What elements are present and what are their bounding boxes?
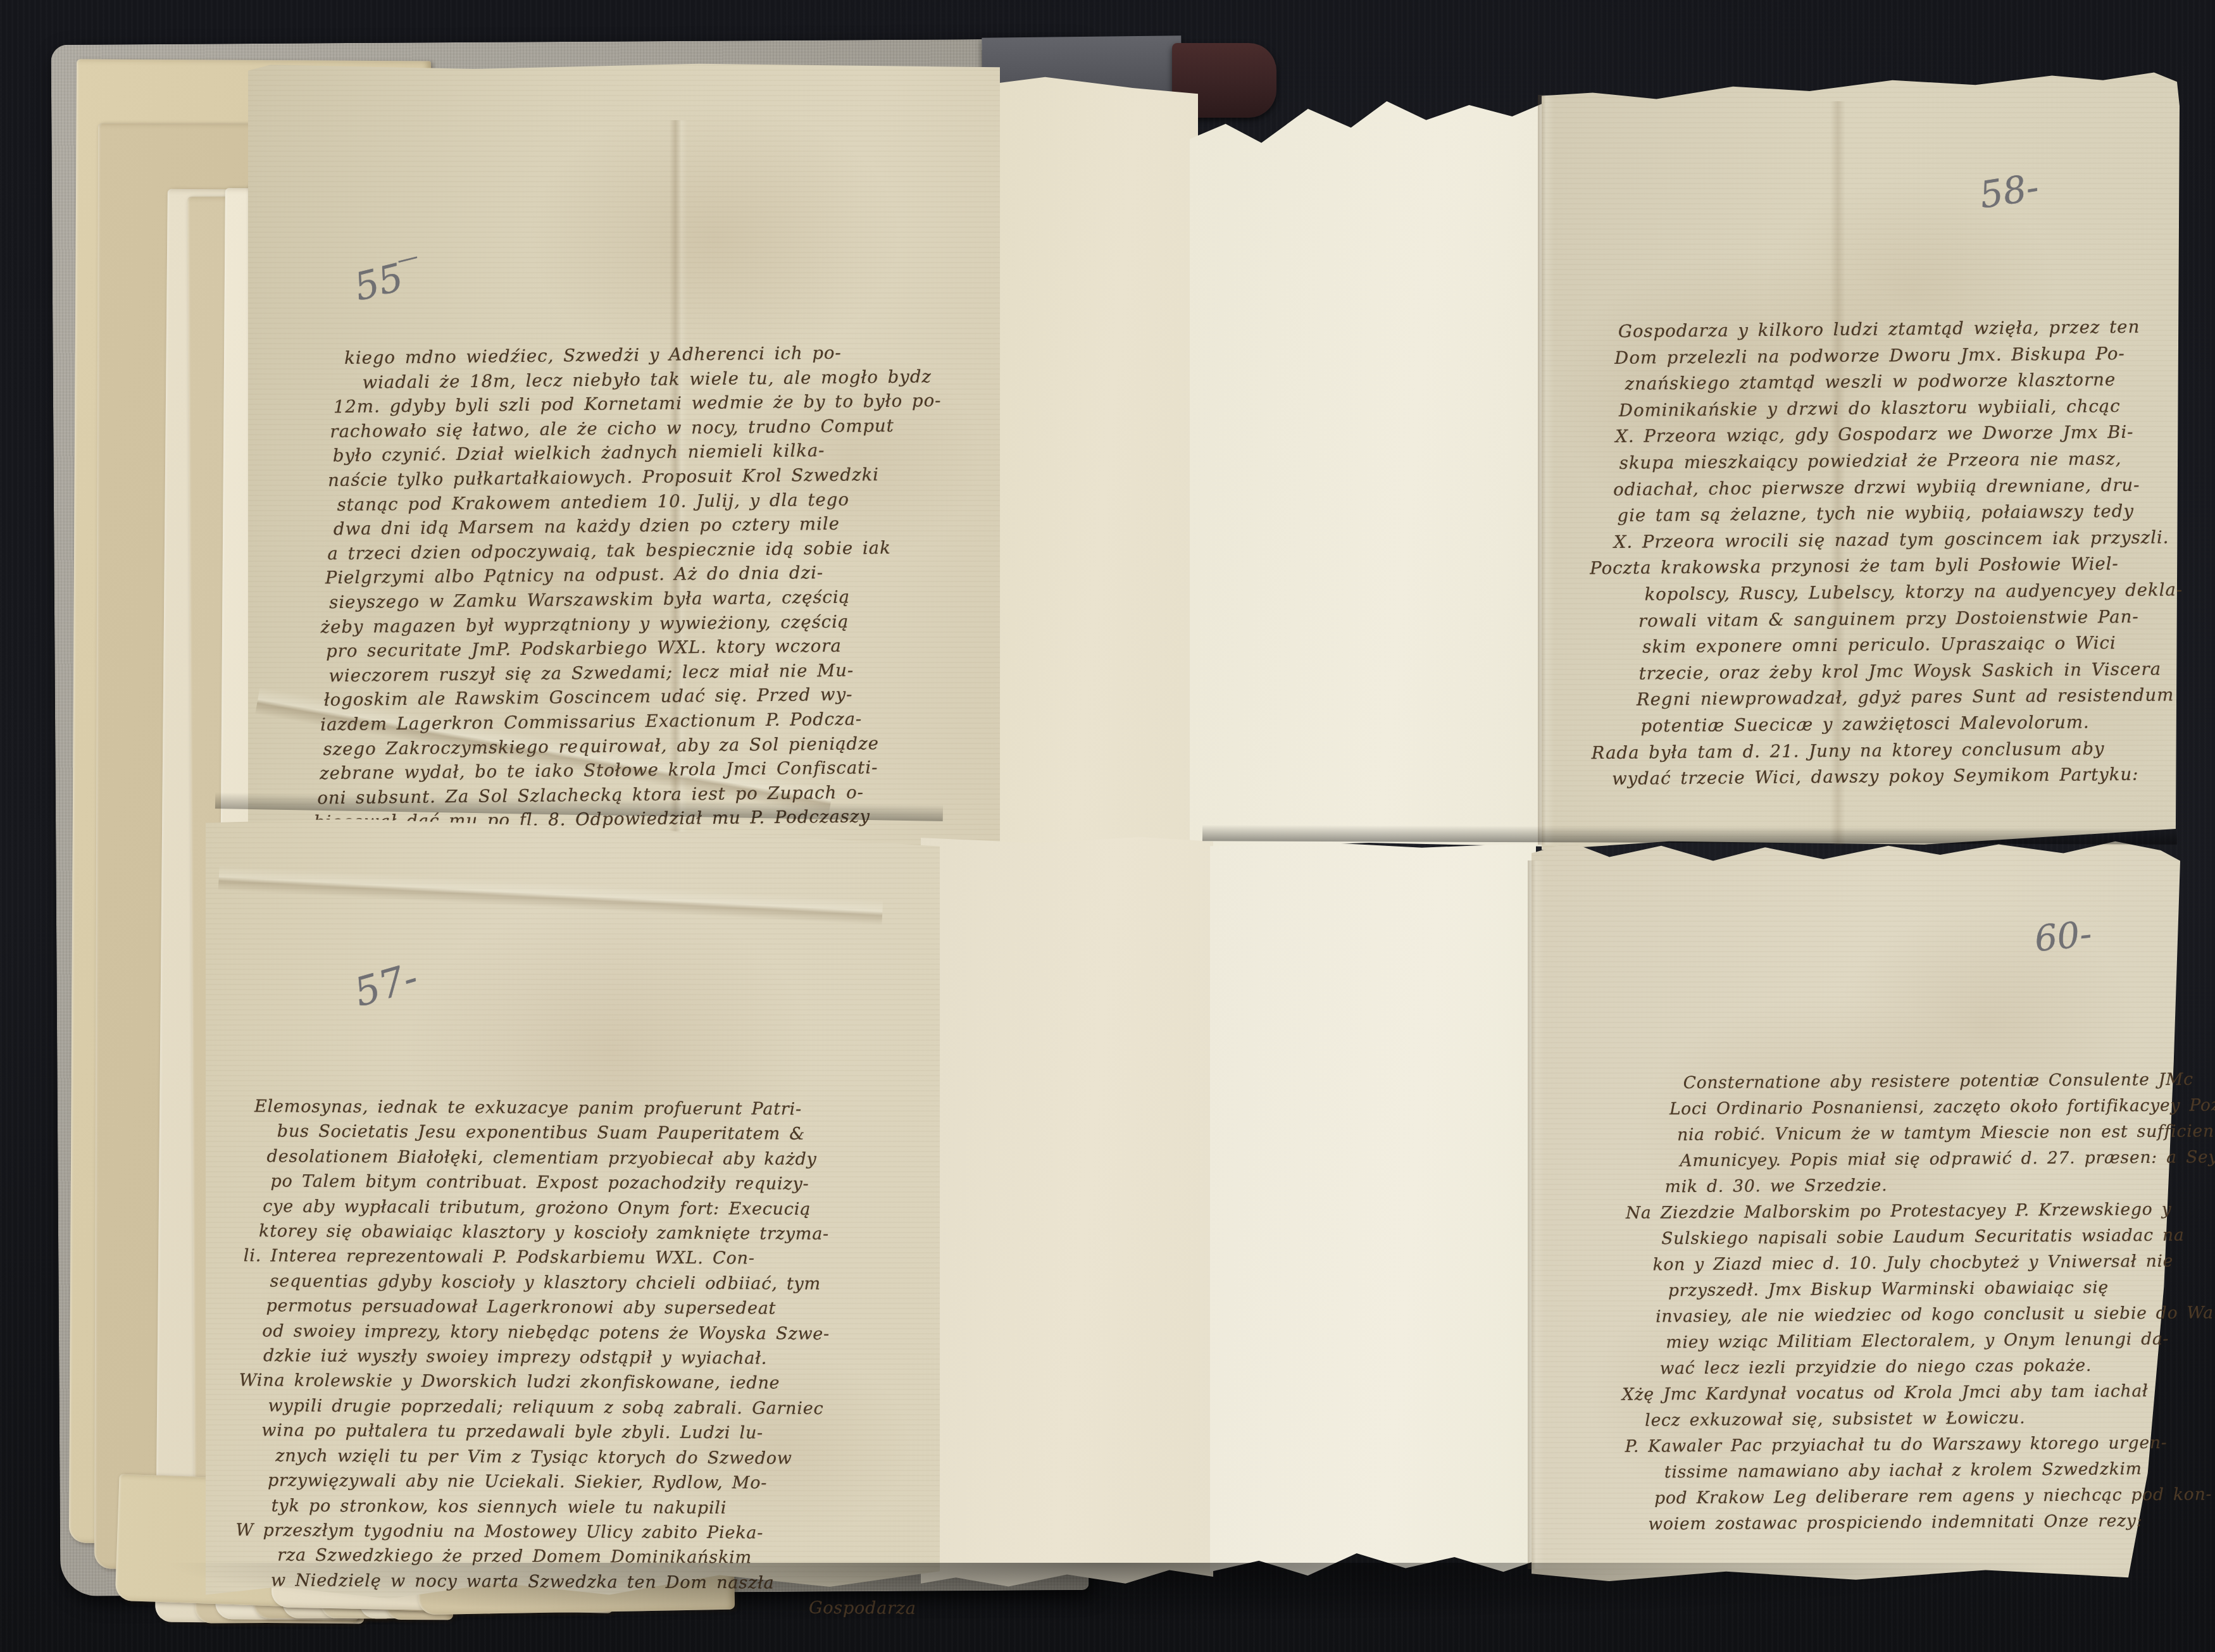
handwritten-line: permotus persuadował Lagerkronowi aby su… xyxy=(266,1294,918,1322)
page-number-60: 60- xyxy=(2033,913,2093,960)
blank-verso-leaf-60 xyxy=(1210,840,1536,1579)
handwritten-line: wydać trzecie Wici, dawszy pokoy Seymiko… xyxy=(1612,761,2185,792)
handwritten-line: Elemosynas, iednak te exkuzacye panim pr… xyxy=(254,1094,919,1122)
handwritten-line: Regni niewprowadzał, gdyż pares Sunt ad … xyxy=(1637,682,2184,713)
handwritten-line: li. Interea reprezentowali P. Podskarbie… xyxy=(244,1244,918,1272)
handwritten-line: invasiey, ale nie wiedziec od kogo concl… xyxy=(1656,1300,2215,1330)
page-number-58: 58- xyxy=(1976,165,2042,217)
handwritten-line: pod Krakow Leg deliberare rem agens y ni… xyxy=(1654,1481,2215,1512)
handwritten-line: lecz exkuzował się, subsistet w Łowiczu. xyxy=(1645,1403,2215,1434)
handwritten-line: dzkie iuż wyszły swoiey imprezy odstąpił… xyxy=(263,1343,918,1372)
handwritten-line: kopolscy, Ruscy, Lubelscy, ktorzy na aud… xyxy=(1644,577,2183,608)
handwritten-line: nia robić. Vnicum że w tamtym Miescie no… xyxy=(1677,1118,2215,1148)
handwritten-line: skupa mieszkaiący powiedział że Przeora … xyxy=(1619,445,2182,476)
handwritten-line: skim exponere omni periculo. Upraszaiąc … xyxy=(1642,630,2183,661)
manuscript-photo: 55‾ kiego mdno wiedźiec, Szwedżi y Adher… xyxy=(0,0,2215,1652)
handwritten-line: Gospodarza y kilkoro ludzi ztamtąd wzięł… xyxy=(1618,314,2181,345)
blank-verso-leaf-55 xyxy=(980,73,1198,916)
handwritten-line: wina po pułtalera tu przedawali byle zby… xyxy=(261,1419,917,1447)
handwritten-line: Na Ziezdzie Malborskim po Protestacyey P… xyxy=(1626,1196,2215,1226)
handwritten-text-60: Consternatione aby resistere potentiæ Co… xyxy=(1683,1066,2215,1537)
handwritten-line: W przeszłym tygodniu na Mostowey Ulicy z… xyxy=(235,1518,916,1546)
handwritten-line: Sulskiego napisali sobie Laudum Securita… xyxy=(1661,1222,2215,1251)
handwritten-line: wypili drugie poprzedali; reliquum z sob… xyxy=(268,1393,917,1422)
handwritten-line: od swoiey imprezy, ktory niebędąc potens… xyxy=(262,1319,918,1347)
handwritten-line: desolationem Białołęki, clementiam przyo… xyxy=(267,1144,919,1172)
handwritten-line: przyszedł. Jmx Biskup Warminski obawiaią… xyxy=(1668,1274,2215,1303)
handwritten-line: znych wzięli tu per Vim z Tysiąc ktorych… xyxy=(275,1443,917,1472)
handwritten-line: po Talem bitym contribuat. Expost pozach… xyxy=(270,1169,918,1198)
handwritten-line: kon y Ziazd miec d. 10. July chocbyteż y… xyxy=(1652,1248,2215,1278)
handwritten-line: Loci Ordinario Posnaniensi, zaczęto okoł… xyxy=(1669,1092,2215,1122)
handwritten-line: tyk po stronkow, kos siennych wiele tu n… xyxy=(271,1493,917,1522)
handwritten-line: woiem zostawac prospiciendo indemnitati … xyxy=(1648,1507,2215,1537)
handwritten-line: gie tam są żelazne, tych nie wybiią, poł… xyxy=(1617,498,2182,529)
handwritten-line: wać lecz iezli przyidzie do niego czas p… xyxy=(1660,1351,2215,1382)
handwritten-text-58: Gospodarza y kilkoro ludzi ztamtąd wzięł… xyxy=(1618,314,2185,792)
handwritten-text-57: Elemosynas, iednak te exkuzacye panim pr… xyxy=(252,1094,919,1621)
handwritten-line: cye aby wypłacali tributum, grożono Onym… xyxy=(263,1194,918,1222)
handwritten-line: Xżę Jmc Kardynał vocatus od Krola Jmci a… xyxy=(1622,1377,2215,1408)
handwritten-line: sequentias gdyby koscioły y klasztory ch… xyxy=(270,1269,918,1297)
handwritten-line: mik d. 30. we Srzedzie. xyxy=(1665,1170,2215,1200)
handwritten-line: bus Societatis Jesu exponentibus Suam Pa… xyxy=(277,1119,919,1148)
handwritten-line: miey wziąc Militiam Electoralem, y Onym … xyxy=(1666,1326,2215,1355)
blank-verso-leaf-58 xyxy=(1190,94,1548,850)
handwritten-line: znańskiego ztamtąd weszli w podworze kla… xyxy=(1625,366,2181,397)
blank-verso-leaf-57 xyxy=(921,834,1213,1588)
handwritten-line: Consternatione aby resistere potentiæ Co… xyxy=(1683,1066,2215,1096)
handwritten-text-55: kiego mdno wiedźiec, Szwedżi y Adherenci… xyxy=(344,340,946,835)
handwritten-line: Wina krolewskie y Dworskich ludzi zkonfi… xyxy=(239,1369,918,1397)
handwritten-line: P. Kawaler Pac przyiachał tu do Warszawy… xyxy=(1625,1429,2215,1460)
handwritten-line: Amunicyey. Popis miał się odprawić d. 27… xyxy=(1680,1144,2215,1174)
handwritten-line: ktorey się obawiaiąc klasztory y koscioł… xyxy=(259,1219,918,1247)
handwritten-line: tissime namawiano aby iachał z krolem Sz… xyxy=(1664,1455,2215,1485)
handwritten-line: przywięzywali aby nie Uciekali. Siekier,… xyxy=(268,1468,917,1496)
book-ground-shadow xyxy=(127,1563,2088,1639)
